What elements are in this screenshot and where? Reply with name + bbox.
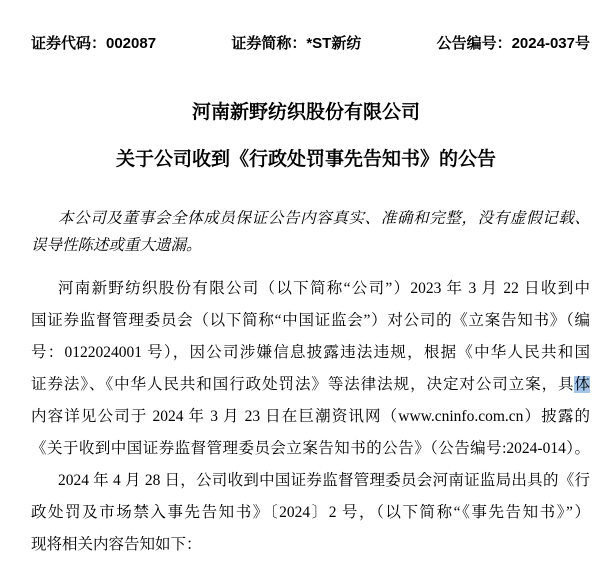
announcement-document: 证券代码：002087 证券简称：*ST新纺 公告编号：2024-037号 河南… xyxy=(0,0,612,562)
stock-code: 证券代码：002087 xyxy=(31,35,156,52)
selection-highlight: 体 xyxy=(574,376,590,393)
paragraph2-line-3: 现将相关内容告知如下： xyxy=(31,529,590,561)
paragraph1-line-4-text: 证券法》、《中华人民共和国行政处罚法》等法律法规，决定对公司立案，具 xyxy=(31,376,574,393)
paragraph1-line-5: 内容详见公司于 2024 年 3 月 23 日在巨潮资讯网（www.cninfo… xyxy=(31,401,590,433)
board-disclaimer: 本公司及董事会全体成员保证公告内容真实、准确和完整，没有虚假记载、 误导性陈述或… xyxy=(31,205,590,259)
announcement-title: 关于公司收到《行政处罚事先告知书》的公告 xyxy=(0,148,612,172)
paragraph2-line-1: 2024 年 4 月 28 日，公司收到中国证券监督管理委员会河南证监局出具的《… xyxy=(31,465,590,497)
announcement-number: 公告编号：2024-037号 xyxy=(437,35,590,52)
paragraph1-line-3: 号：0122024001 号），因公司涉嫌信息披露违法违规，根据《中华人民共和国 xyxy=(31,337,590,369)
document-header: 证券代码：002087 证券简称：*ST新纺 公告编号：2024-037号 xyxy=(0,0,612,52)
disclaimer-line-2: 误导性陈述或重大遗漏。 xyxy=(31,232,590,259)
paragraph1-line-6: 《关于收到中国证券监督管理委员会立案告知书的公告》（公告编号:2024-014）… xyxy=(31,433,590,465)
disclaimer-line-1: 本公司及董事会全体成员保证公告内容真实、准确和完整，没有虚假记载、 xyxy=(31,205,590,232)
paragraph1-line-4: 证券法》、《中华人民共和国行政处罚法》等法律法规，决定对公司立案，具体 xyxy=(31,369,590,401)
announcement-body: 河南新野纺织股份有限公司（以下简称“公司”）2023 年 3 月 22 日收到中… xyxy=(31,273,590,561)
paragraph1-line-2: 国证券监督管理委员会（以下简称“中国证监会”）对公司的《立案告知书》（编 xyxy=(31,305,590,337)
stock-abbreviation: 证券简称：*ST新纺 xyxy=(231,35,361,52)
company-name-title: 河南新野纺织股份有限公司 xyxy=(0,102,612,124)
paragraph1-line-1: 河南新野纺织股份有限公司（以下简称“公司”）2023 年 3 月 22 日收到中 xyxy=(31,273,590,305)
paragraph2-line-2: 政处罚及市场禁入事先告知书》〔2024〕2 号，（以下简称“《事先告知书》”） xyxy=(31,497,590,529)
